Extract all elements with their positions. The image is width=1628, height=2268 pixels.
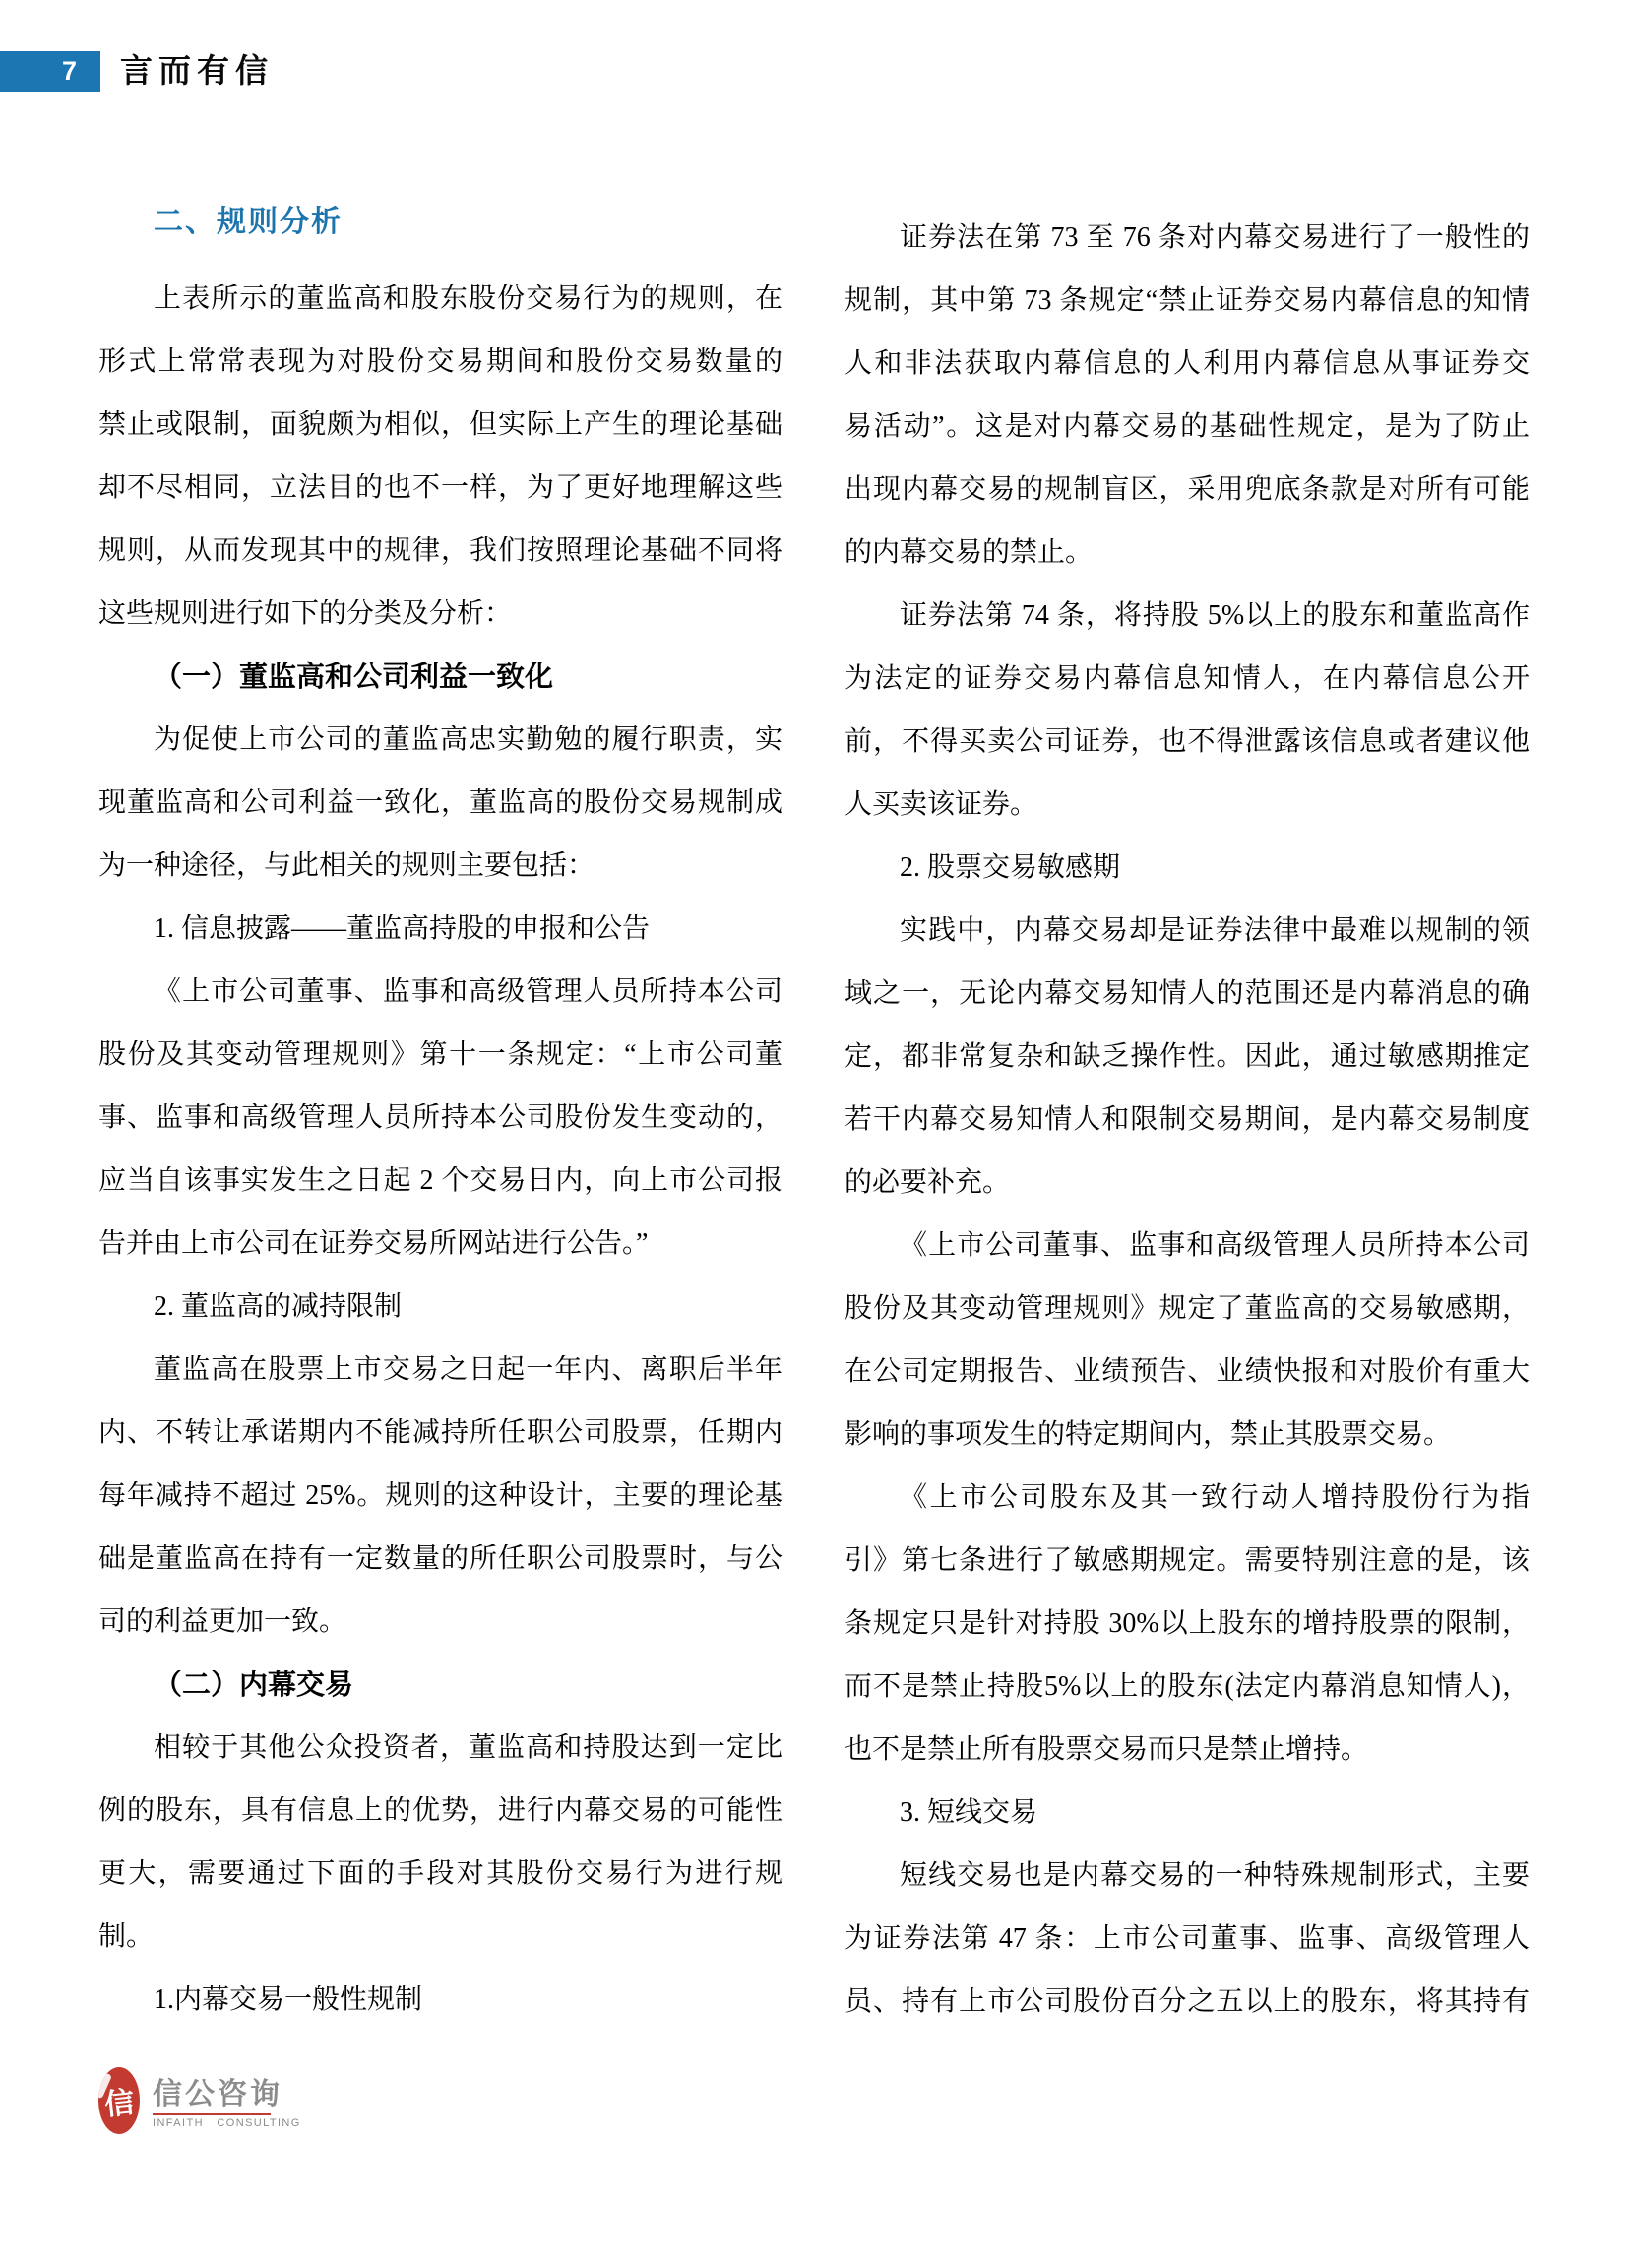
company-logo: 信 信公咨询 INFAITH CONSULTING [98, 2067, 301, 2134]
seal-icon: 信 [98, 2067, 140, 2134]
text-line: 为促使上市公司的董监高忠实勤勉的履行职责，实 [98, 709, 783, 772]
text-line: 证券法第 74 条，将持股 5%以上的股东和董监高作 [845, 585, 1530, 648]
text-line: 2. 股票交易敏感期 [845, 837, 1530, 900]
text-line: 影响的事项发生的特定期间内，禁止其股票交易。 [845, 1404, 1530, 1467]
text-line: 易活动”。这是对内幕交易的基础性规定，是为了防止 [845, 396, 1530, 459]
text-line: 的必要补充。 [845, 1152, 1530, 1215]
text-line: 的内幕交易的禁止。 [845, 522, 1530, 585]
text-line: 而不是禁止持股5%以上的股东(法定内幕消息知情人)， [845, 1656, 1530, 1719]
section-heading: 二、规则分析 [154, 191, 783, 254]
text-line: 事、监事和高级管理人员所持本公司股份发生变动的， [98, 1087, 783, 1150]
text-line: 员、持有上市公司股份百分之五以上的股东，将其持有 [845, 1971, 1530, 2034]
text-line: 相较于其他公众投资者，董监高和持股达到一定比 [98, 1717, 783, 1780]
page-number: 7 [62, 56, 77, 87]
text-line: 1. 信息披露——董监高持股的申报和公告 [98, 898, 783, 961]
text-line: 前，不得买卖公司证券，也不得泄露该信息或者建议他 [845, 711, 1530, 774]
text-line: 为证券法第 47 条：上市公司董事、监事、高级管理人 [845, 1908, 1530, 1971]
page-number-badge: 7 [0, 51, 100, 92]
text-line: 现董监高和公司利益一致化，董监高的股份交易规制成 [98, 772, 783, 835]
text-line: 告并由上市公司在证券交易所网站进行公告。” [98, 1213, 783, 1276]
text-line: 股份及其变动管理规则》第十一条规定：“上市公司董 [98, 1024, 783, 1087]
logo-chinese-name: 信公咨询 [153, 2080, 301, 2110]
text-line: 在公司定期报告、业绩预告、业绩快报和对股价有重大 [845, 1341, 1530, 1404]
text-line: （二）内幕交易 [98, 1654, 783, 1717]
text-line: 规则，从而发现其中的规律，我们按照理论基础不同将 [98, 520, 783, 583]
text-line: 实践中，内幕交易却是证券法律中最难以规制的领 [845, 900, 1530, 963]
text-line: 若干内幕交易知情人和限制交易期间，是内幕交易制度 [845, 1089, 1530, 1152]
logo-text: 信公咨询 INFAITH CONSULTING [153, 2067, 301, 2134]
text-line: 3. 短线交易 [845, 1782, 1530, 1845]
text-line: 股份及其变动管理规则》规定了董监高的交易敏感期， [845, 1278, 1530, 1341]
text-line: 为一种途径，与此相关的规则主要包括： [98, 835, 783, 898]
text-line: 规制，其中第 73 条规定“禁止证券交易内幕信息的知情 [845, 270, 1530, 333]
text-line: 础是董监高在持有一定数量的所任职公司股票时，与公 [98, 1528, 783, 1591]
text-line: 《上市公司董事、监事和高级管理人员所持本公司 [845, 1215, 1530, 1278]
text-line: 董监高在股票上市交易之日起一年内、离职后半年 [98, 1339, 783, 1402]
header-motto: 言而有信 [120, 49, 274, 93]
text-line: 域之一，无论内幕交易知情人的范围还是内幕消息的确 [845, 963, 1530, 1026]
logo-english-name: INFAITH CONSULTING [153, 2117, 301, 2129]
text-line: 人买卖该证券。 [845, 774, 1530, 837]
text-line: （一）董监高和公司利益一致化 [98, 646, 783, 709]
text-line: 条规定只是针对持股 30%以上股东的增持股票的限制， [845, 1593, 1530, 1656]
text-line: 人和非法获取内幕信息的人利用内幕信息从事证券交 [845, 333, 1530, 396]
text-line: 制。 [98, 1906, 783, 1969]
text-line: 却不尽相同，立法目的也不一样，为了更好地理解这些 [98, 457, 783, 520]
text-line: 《上市公司董事、监事和高级管理人员所持本公司 [98, 961, 783, 1024]
text-line: 应当自该事实发生之日起 2 个交易日内，向上市公司报 [98, 1150, 783, 1213]
text-line: 每年减持不超过 25%。规则的这种设计，主要的理论基 [98, 1465, 783, 1528]
text-line: 短线交易也是内幕交易的一种特殊规制形式，主要 [845, 1845, 1530, 1908]
right-column: 证券法在第 73 至 76 条对内幕交易进行了一般性的 规制，其中第 73 条规… [845, 207, 1530, 2034]
text-line: 引》第七条进行了敏感期规定。需要特别注意的是，该 [845, 1530, 1530, 1593]
text-line: 1.内幕交易一般性规制 [98, 1969, 783, 2032]
text-line: 上表所示的董监高和股东股份交易行为的规则，在 [98, 268, 783, 331]
text-line: 为法定的证券交易内幕信息知情人，在内幕信息公开 [845, 648, 1530, 711]
left-column: 二、规则分析 上表所示的董监高和股东股份交易行为的规则，在 形式上常常表现为对股… [98, 191, 783, 2032]
text-line: 2. 董监高的减持限制 [98, 1276, 783, 1339]
text-line: 这些规则进行如下的分类及分析： [98, 583, 783, 646]
document-page: 7 言而有信 二、规则分析 上表所示的董监高和股东股份交易行为的规则，在 形式上… [0, 0, 1628, 2268]
seal-character: 信 [102, 2078, 136, 2124]
text-line: 定，都非常复杂和缺乏操作性。因此，通过敏感期推定 [845, 1026, 1530, 1089]
text-line: 出现内幕交易的规制盲区，采用兜底条款是对所有可能 [845, 459, 1530, 522]
logo-divider [153, 2113, 271, 2115]
text-line: 司的利益更加一致。 [98, 1591, 783, 1654]
text-line: 例的股东，具有信息上的优势，进行内幕交易的可能性 [98, 1780, 783, 1843]
left-column-lines: 上表所示的董监高和股东股份交易行为的规则，在 形式上常常表现为对股份交易期间和股… [98, 268, 783, 2032]
text-line: 证券法在第 73 至 76 条对内幕交易进行了一般性的 [845, 207, 1530, 270]
text-line: 《上市公司股东及其一致行动人增持股份行为指 [845, 1467, 1530, 1530]
text-line: 禁止或限制，面貌颇为相似，但实际上产生的理论基础 [98, 394, 783, 457]
text-line: 形式上常常表现为对股份交易期间和股份交易数量的 [98, 331, 783, 394]
text-line: 内、不转让承诺期内不能减持所任职公司股票，任期内 [98, 1402, 783, 1465]
right-column-lines: 证券法在第 73 至 76 条对内幕交易进行了一般性的 规制，其中第 73 条规… [845, 207, 1530, 2034]
text-line: 更大，需要通过下面的手段对其股份交易行为进行规 [98, 1843, 783, 1906]
text-line: 也不是禁止所有股票交易而只是禁止增持。 [845, 1719, 1530, 1782]
